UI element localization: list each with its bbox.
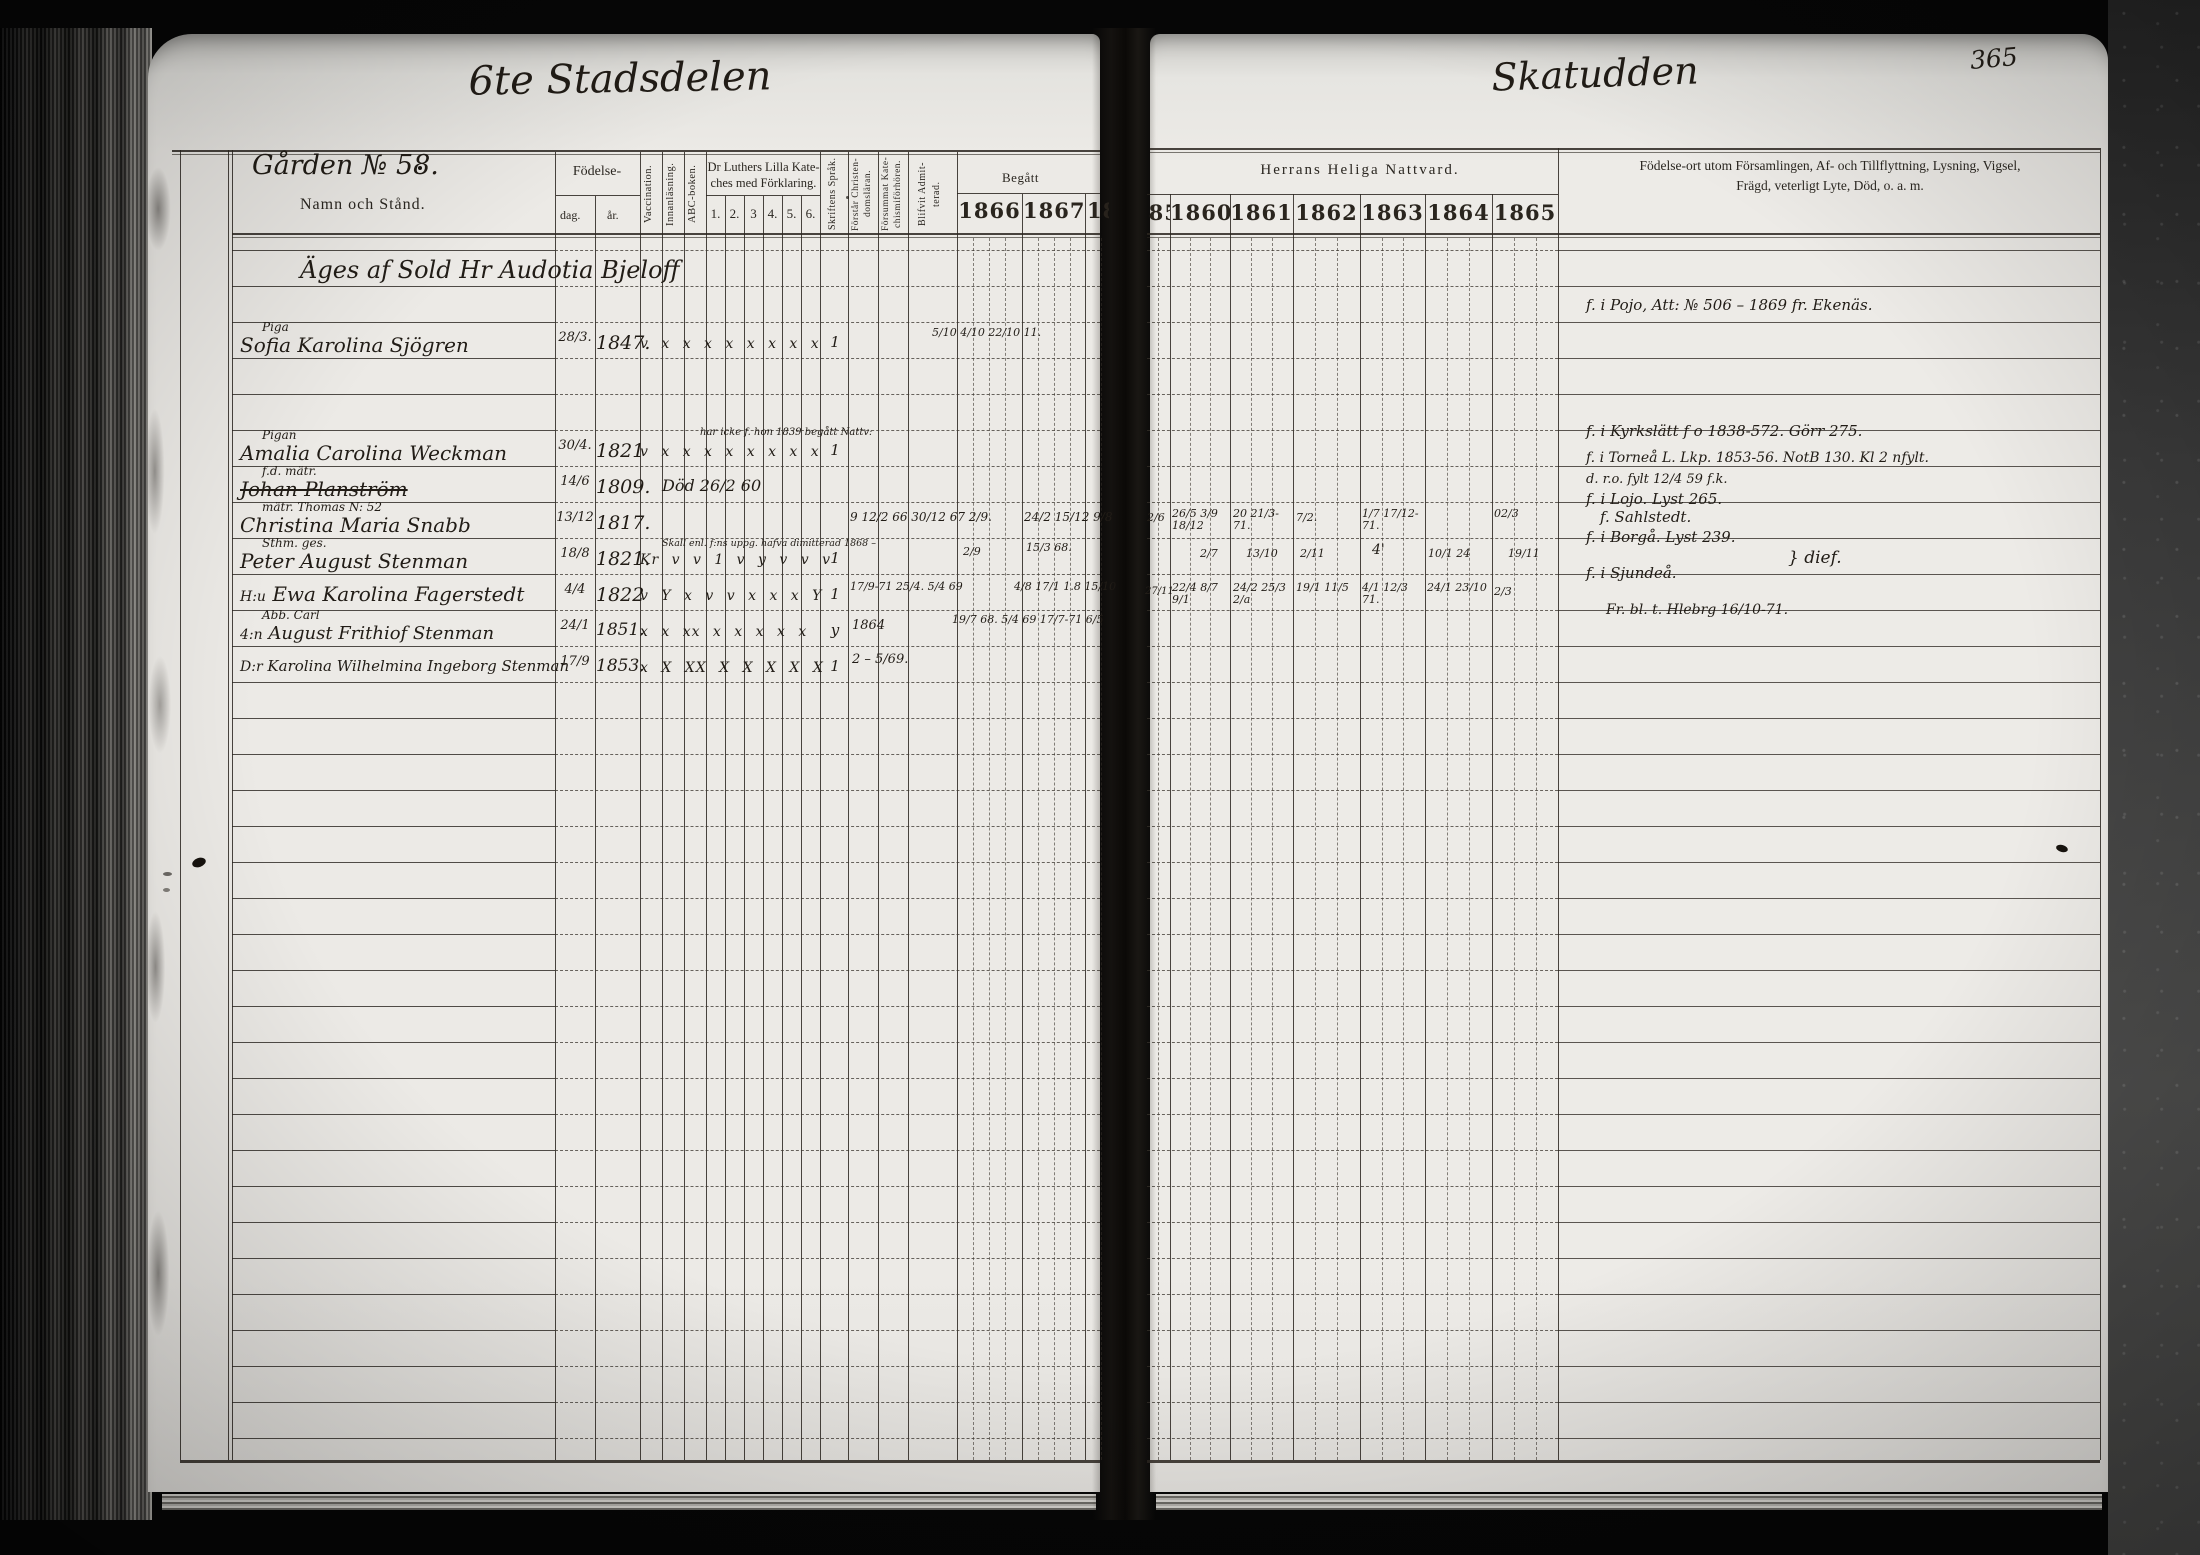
communion-cell: 2/7 bbox=[1200, 548, 1230, 560]
rule-line-h bbox=[1558, 1438, 2100, 1439]
ink-dot bbox=[846, 196, 849, 199]
remark-brace-note: } dief. bbox=[1788, 548, 1842, 568]
rule-line-h bbox=[1558, 322, 2100, 323]
death-note: Död 26/2 60 bbox=[662, 476, 761, 495]
rule-line-h bbox=[1558, 1186, 2100, 1187]
attendance-marks: v Y x v v x x x Y bbox=[640, 588, 825, 604]
rule-line-h-dashed bbox=[1147, 934, 1558, 935]
rule-line-h-dashed bbox=[1147, 1294, 1558, 1295]
register-entry: Abb. Carl 4:n August Frithiof Stenman bbox=[240, 609, 570, 647]
book-spine-page-stack bbox=[0, 28, 152, 1520]
rule-line-h bbox=[232, 1330, 555, 1331]
rule-line-h bbox=[232, 1006, 555, 1007]
rule-line-h bbox=[232, 1078, 555, 1079]
rule-line-h bbox=[1558, 358, 2100, 359]
rule-line-h bbox=[1558, 1294, 2100, 1295]
rule-line-h-dashed bbox=[555, 286, 1100, 287]
communion-cell: 7/2. bbox=[1296, 512, 1358, 524]
rule-line-h-dashed bbox=[1147, 1330, 1558, 1331]
scripture-mark: 1 bbox=[824, 657, 846, 675]
rule-line-h-dashed bbox=[555, 1150, 1100, 1151]
page-number: 365 bbox=[1969, 42, 2019, 75]
rule-line-h-dashed bbox=[555, 1186, 1100, 1187]
catechism-col-6: 6. bbox=[801, 206, 820, 222]
rule-line-v-dashed bbox=[1403, 238, 1404, 1460]
communion-cell: 22/4 8/7 9/1 bbox=[1172, 582, 1229, 606]
entry-prefix: D:r bbox=[240, 659, 263, 675]
pencil-mark bbox=[163, 888, 170, 892]
rule-line-h-dashed bbox=[1147, 394, 1558, 395]
birth-year-value: 1817. bbox=[596, 512, 644, 534]
communion-dates-1866: 9 12/2 66 30/12 67 2/9. bbox=[850, 511, 1000, 523]
rule-line-h bbox=[232, 1258, 555, 1259]
year-header-1862: 1862 bbox=[1293, 200, 1360, 225]
rule-line-h bbox=[1558, 394, 2100, 395]
communion-cell: 2/3 bbox=[1494, 586, 1556, 598]
communion-cell: 4' bbox=[1372, 544, 1402, 556]
rule-line-h bbox=[232, 286, 555, 287]
rule-line-v bbox=[878, 152, 879, 1460]
rule-line-h-dashed bbox=[1147, 1186, 1558, 1187]
register-entry: f.d. mätr. Johan Planström bbox=[240, 465, 570, 501]
rule-line-h bbox=[1558, 466, 2100, 467]
rule-line-v-dashed bbox=[1190, 238, 1191, 1460]
rule-line-h bbox=[232, 237, 1100, 238]
rule-line-h-dashed bbox=[1147, 1078, 1558, 1079]
rule-line-v bbox=[801, 196, 802, 1460]
rule-line-v-dashed bbox=[973, 238, 974, 1460]
left-section-title: 6te Stadsdelen bbox=[420, 53, 821, 106]
rule-line-h bbox=[1558, 1078, 2100, 1079]
communion-dates-1866: 2/9 bbox=[963, 546, 999, 558]
pencil-mark bbox=[163, 872, 172, 876]
year-header-1860: 1860 bbox=[1170, 200, 1230, 225]
birth-year-value: 1851. bbox=[596, 620, 644, 640]
communion-cell: 02/3 bbox=[1494, 508, 1556, 520]
rule-line-h-dashed bbox=[555, 502, 1100, 503]
communion-cell: 4/1 12/3 71. bbox=[1362, 582, 1423, 606]
rule-line-h bbox=[232, 934, 555, 935]
rule-line-h bbox=[232, 718, 555, 719]
rule-line-v bbox=[1022, 194, 1023, 1460]
rule-line-h bbox=[232, 1042, 555, 1043]
begatt-label-clipped: Begått bbox=[1002, 170, 1048, 186]
rule-line-h bbox=[232, 1366, 555, 1367]
entry-name: Karolina Wilhelmina Ingeborg Stenman bbox=[267, 657, 569, 675]
rule-line-h-dashed bbox=[1147, 250, 1558, 251]
rule-line-h-dashed bbox=[555, 826, 1100, 827]
communion-cell: 1/7 17/12-71. bbox=[1362, 508, 1423, 532]
rule-line-h-dashed bbox=[1147, 322, 1558, 323]
scripture-language-column-header: Skriftens Språk. bbox=[827, 154, 838, 234]
rule-line-h bbox=[1558, 1222, 2100, 1223]
ink-dot bbox=[418, 166, 422, 170]
rule-line-h-dashed bbox=[1147, 502, 1558, 503]
missed-examination-header-line2: chismiförhören. bbox=[893, 154, 903, 234]
rule-line-h bbox=[232, 1294, 555, 1295]
rule-line-h-dashed bbox=[555, 466, 1100, 467]
rule-line-h-dashed bbox=[1147, 754, 1558, 755]
remark: f. Sahlstedt. bbox=[1600, 508, 1691, 526]
catechism-col-2: 2. bbox=[725, 206, 744, 222]
entry-name: Amalia Carolina Weckman bbox=[240, 442, 570, 465]
rule-line-h-dashed bbox=[555, 970, 1100, 971]
entry-prefix: 4:n bbox=[240, 627, 263, 643]
rule-line-v bbox=[180, 150, 181, 1460]
garden-number: Gården № 58. bbox=[252, 150, 439, 181]
rule-line-h bbox=[232, 1186, 555, 1187]
rule-line-h bbox=[1558, 898, 2100, 899]
rule-line-v-dashed bbox=[989, 238, 990, 1460]
communion-header: Herrans Heliga Nattvard. bbox=[1180, 162, 1540, 179]
communion-dates-1867: 19/7 68. 5/4 69 17/7-71 6/5 bbox=[952, 614, 1110, 626]
rule-line-h-dashed bbox=[1147, 1438, 1558, 1439]
rule-line-v bbox=[228, 150, 229, 1460]
rule-line-h-dashed bbox=[555, 1114, 1100, 1115]
register-entry: H:u Ewa Karolina Fagerstedt bbox=[240, 583, 570, 609]
rule-line-h bbox=[1558, 1006, 2100, 1007]
rule-line-h-dashed bbox=[555, 1330, 1100, 1331]
understands-doctrine-header-line1: Förstår Christen- bbox=[851, 154, 861, 234]
birth-year-subheader: år. bbox=[607, 208, 619, 223]
rule-line-h-dashed bbox=[555, 1222, 1100, 1223]
birth-day-value: 4/4 bbox=[556, 582, 594, 597]
rule-line-h bbox=[232, 682, 555, 683]
rule-line-h-dashed bbox=[555, 394, 1100, 395]
rule-line-h bbox=[1147, 233, 2100, 235]
rule-line-h bbox=[232, 754, 555, 755]
birth-year-value: 1853. bbox=[596, 656, 644, 676]
rule-line-h-dashed bbox=[1147, 286, 1558, 287]
rule-line-h-dashed bbox=[1147, 358, 1558, 359]
rule-line-h-dashed bbox=[555, 934, 1100, 935]
rule-line-h bbox=[232, 1222, 555, 1223]
rule-line-h-dashed bbox=[555, 1006, 1100, 1007]
communion-cell: 24/2 25/3 2/a bbox=[1233, 582, 1292, 606]
rule-line-h-dashed bbox=[555, 322, 1100, 323]
photo-background bbox=[2108, 0, 2200, 1555]
rule-line-h bbox=[232, 358, 555, 359]
rule-line-v bbox=[1360, 194, 1361, 1460]
rule-line-h bbox=[232, 1114, 555, 1115]
remarks-header-line2: Frägd, veterligt Lyte, Död, o. a. m. bbox=[1572, 178, 2088, 194]
rule-line-h bbox=[556, 195, 640, 196]
rule-line-h-dashed bbox=[1147, 1114, 1558, 1115]
rule-line-v bbox=[232, 150, 233, 1460]
rule-line-v-dashed bbox=[1315, 238, 1316, 1460]
rule-line-v-dashed bbox=[1469, 238, 1470, 1460]
rule-line-h bbox=[1558, 718, 2100, 719]
birth-year-value: 1822 bbox=[596, 584, 644, 606]
rule-line-h-dashed bbox=[555, 250, 1100, 251]
entry-name: Ewa Karolina Fagerstedt bbox=[272, 582, 524, 606]
catechism-col-5: 5. bbox=[782, 206, 801, 222]
catechism-col-4: 4. bbox=[763, 206, 782, 222]
rule-line-h-dashed bbox=[1147, 610, 1558, 611]
entry-margin-note: Skall enl. f:ns uppg. hafva dimitterad 1… bbox=[662, 538, 876, 549]
rule-line-v bbox=[2100, 148, 2101, 1460]
rule-line-h-dashed bbox=[555, 574, 1100, 575]
remark: Fr. bl. t. Hlebrg 16/10-71. bbox=[1606, 602, 1788, 618]
attendance-marks: x X XX X X X X X bbox=[640, 660, 825, 676]
year-header-1859-clipped: 1859 bbox=[1147, 200, 1170, 225]
rule-line-v bbox=[1085, 194, 1086, 1460]
communion-dates-1867: 15/3 68. bbox=[1026, 542, 1096, 554]
rule-line-h bbox=[1558, 862, 2100, 863]
communion-cell: 27/11 bbox=[1145, 586, 1171, 598]
rule-line-h-dashed bbox=[1147, 862, 1558, 863]
year-header-1861: 1861 bbox=[1230, 200, 1293, 225]
birth-day-value: 28/3. bbox=[556, 330, 594, 345]
rule-line-v bbox=[1293, 194, 1294, 1460]
rule-line-h bbox=[1558, 1114, 2100, 1115]
rule-line-h-dashed bbox=[1147, 574, 1558, 575]
rule-line-h-dashed bbox=[1147, 826, 1558, 827]
rule-line-h-dashed bbox=[555, 610, 1100, 611]
rule-line-v-dashed bbox=[1536, 238, 1537, 1460]
rule-line-h-dashed bbox=[1147, 970, 1558, 971]
owner-line: Äges af Sold Hr Audotia Bjeloff bbox=[300, 256, 680, 284]
rule-line-h bbox=[1147, 194, 1558, 195]
communion-dates-1866: 17/9-71 25/4. 5/4 69 bbox=[850, 581, 1012, 593]
rule-line-h-dashed bbox=[555, 754, 1100, 755]
page-edge-smudge bbox=[148, 34, 182, 1492]
rule-line-h-dashed bbox=[1147, 430, 1558, 431]
rule-line-v-dashed bbox=[1101, 238, 1102, 1460]
rule-line-h bbox=[1558, 1258, 2100, 1259]
rule-line-v-dashed bbox=[1070, 238, 1071, 1460]
rule-line-h-dashed bbox=[1147, 1402, 1558, 1403]
rule-line-v bbox=[848, 152, 849, 1460]
attendance-marks: Kr v v 1 v y v v v bbox=[640, 552, 825, 568]
entry-name: Sofia Karolina Sjögren bbox=[240, 334, 570, 357]
remark: f. i Kyrkslätt f o 1838-572. Görr 275. bbox=[1586, 422, 1862, 440]
entry-prefix: H:u bbox=[240, 589, 266, 605]
rule-line-v-dashed bbox=[1210, 238, 1211, 1460]
rule-line-h bbox=[232, 862, 555, 863]
rule-line-h bbox=[232, 1438, 555, 1439]
catechism-header-line1: Dr Luthers Lilla Kate- bbox=[707, 160, 820, 175]
birth-column-header: Födelse- bbox=[556, 164, 638, 180]
register-entry: D:r Karolina Wilhelmina Ingeborg Stenman bbox=[240, 655, 570, 679]
admitted-dates: 5/10 4/10 22/10 11. bbox=[932, 327, 1092, 339]
rule-line-h-dashed bbox=[1147, 466, 1558, 467]
rule-line-v bbox=[957, 152, 958, 1460]
scanned-parish-register: 6te Stadsdelen Gården № 58. Namn och Stå… bbox=[0, 0, 2200, 1555]
rule-line-h bbox=[1558, 1150, 2100, 1151]
admitted-header-line1: Blifvit Admit- bbox=[917, 154, 928, 234]
register-entry: Sthm. ges. Peter August Stenman bbox=[240, 537, 570, 573]
year-header-1863: 1863 bbox=[1360, 200, 1425, 225]
catechism-col-3: 3 bbox=[744, 206, 763, 222]
year-header-1868-clipped: 1868 bbox=[1087, 198, 1109, 223]
rule-line-h bbox=[1558, 1402, 2100, 1403]
rule-line-h bbox=[1558, 826, 2100, 827]
rule-line-h bbox=[1558, 250, 2100, 251]
rule-line-h-dashed bbox=[1147, 1258, 1558, 1259]
communion-cell: 20 21/3-71. bbox=[1233, 508, 1292, 532]
rule-line-h bbox=[1150, 148, 2100, 150]
abc-book-column-header: ABC-boken. bbox=[687, 156, 698, 232]
rule-line-h-dashed bbox=[555, 646, 1100, 647]
communion-cell: 10/1 24 bbox=[1428, 548, 1488, 560]
vaccination-column-header: Vaccination. bbox=[643, 156, 654, 232]
communion-dates-1867: 4/8 17/1 1.8 15/10 bbox=[1014, 581, 1110, 593]
rule-line-v bbox=[1558, 148, 1559, 1460]
understands-doctrine-header-line2: domsläran. bbox=[863, 154, 873, 234]
rule-line-h bbox=[232, 898, 555, 899]
scripture-mark: 1 bbox=[824, 549, 846, 567]
communion-cell: 24/1 23/10 bbox=[1427, 582, 1490, 594]
scripture-mark: 1 bbox=[824, 333, 846, 351]
rule-line-h bbox=[957, 193, 1100, 194]
rule-line-h bbox=[1558, 790, 2100, 791]
remark: f. i Pojo, Att: № 506 – 1869 fr. Ekenäs. bbox=[1586, 296, 1872, 314]
rule-line-h bbox=[1558, 970, 2100, 971]
remarks-header-line1: Födelse-ort utom Församlingen, Af- och T… bbox=[1572, 158, 2088, 174]
rule-line-h-dashed bbox=[1147, 538, 1558, 539]
communion-cell: 2/11 bbox=[1300, 548, 1340, 560]
rule-line-h-dashed bbox=[1147, 682, 1558, 683]
rule-line-h-dashed bbox=[555, 790, 1100, 791]
rule-line-h-dashed bbox=[555, 1258, 1100, 1259]
rule-line-v bbox=[1230, 194, 1231, 1460]
rule-line-v bbox=[908, 152, 909, 1460]
catechism-header-line2: ches med Förklaring. bbox=[707, 176, 820, 191]
communion-cell: 2/6 bbox=[1147, 512, 1169, 524]
remark: f. i Borgå. Lyst 239. bbox=[1586, 528, 1736, 546]
birth-day-value: 14/6 bbox=[556, 474, 594, 489]
scripture-mark: y bbox=[824, 621, 846, 639]
rule-line-v-dashed bbox=[1251, 238, 1252, 1460]
rule-line-h bbox=[1558, 682, 2100, 683]
year-1859: 1859 bbox=[1147, 200, 1170, 225]
entry-name: Christina Maria Snabb bbox=[240, 514, 570, 537]
birth-year-value: 1821. bbox=[596, 548, 644, 570]
rule-line-h bbox=[1558, 1042, 2100, 1043]
rule-line-h bbox=[232, 1150, 555, 1151]
birth-day-value: 17/9 bbox=[556, 654, 594, 669]
rule-line-v bbox=[782, 196, 783, 1460]
rule-line-h-dashed bbox=[1147, 790, 1558, 791]
rule-line-h-dashed bbox=[555, 1402, 1100, 1403]
rule-line-h bbox=[232, 233, 1100, 235]
communion-cell: 13/10 bbox=[1246, 548, 1286, 560]
rule-line-h bbox=[1558, 934, 2100, 935]
rule-line-v bbox=[1425, 194, 1426, 1460]
remark: d. r.o. fylt 12/4 59 f.k. bbox=[1586, 472, 1728, 487]
rule-line-v bbox=[725, 196, 726, 1460]
birth-day-value: 24/1 bbox=[556, 618, 594, 633]
rule-line-v-dashed bbox=[1005, 238, 1006, 1460]
rule-line-h-dashed bbox=[555, 682, 1100, 683]
missed-examination-header-line1: Försummat Kate- bbox=[881, 154, 891, 234]
rule-line-h bbox=[232, 826, 555, 827]
rule-line-h bbox=[1147, 1460, 2100, 1463]
rule-line-h bbox=[1558, 1366, 2100, 1367]
rule-line-h bbox=[232, 1402, 555, 1403]
remark: f. i Sjundeå. bbox=[1586, 564, 1677, 582]
rule-line-h-dashed bbox=[555, 862, 1100, 863]
birth-day-value: 18/8 bbox=[556, 546, 594, 561]
catechism-col-1: 1. bbox=[706, 206, 725, 222]
rule-line-h-dashed bbox=[1147, 718, 1558, 719]
rule-line-h-dashed bbox=[1147, 898, 1558, 899]
rule-line-h-dashed bbox=[1147, 1006, 1558, 1007]
rule-line-v bbox=[744, 196, 745, 1460]
rule-line-h bbox=[232, 394, 555, 395]
reading-column-header: Innanläsning. bbox=[665, 156, 676, 232]
rule-line-v-dashed bbox=[1038, 238, 1039, 1460]
rule-line-h bbox=[1150, 152, 2100, 153]
attendance-marks: v x x x x x x x x bbox=[640, 336, 825, 352]
rule-line-h-dashed bbox=[555, 1078, 1100, 1079]
rule-line-v-dashed bbox=[1514, 238, 1515, 1460]
register-entry: mätr. Thomas N: 52 Christina Maria Snabb bbox=[240, 501, 570, 537]
communion-dates-1867: 24/2 15/12 9/8 bbox=[1024, 511, 1108, 523]
rule-line-h bbox=[1558, 754, 2100, 755]
rule-line-h-dashed bbox=[555, 1042, 1100, 1043]
year-header-1865: 1865 bbox=[1492, 200, 1558, 225]
year-header-1867: 1867 bbox=[1023, 198, 1084, 223]
year-header-1864: 1864 bbox=[1425, 200, 1492, 225]
rule-line-h-dashed bbox=[1147, 646, 1558, 647]
register-entry: Pigan Amalia Carolina Weckman bbox=[240, 429, 570, 465]
rule-line-h-dashed bbox=[555, 358, 1100, 359]
rule-line-v-dashed bbox=[1272, 238, 1273, 1460]
rule-line-h-dashed bbox=[555, 1438, 1100, 1439]
register-entry: Piga Sofia Karolina Sjögren bbox=[240, 321, 570, 357]
rule-line-h bbox=[1558, 286, 2100, 287]
rule-line-h-dashed bbox=[1147, 1042, 1558, 1043]
birth-day-value: 30/4. bbox=[556, 438, 594, 453]
page-bottom-stack bbox=[162, 1494, 1096, 1510]
birth-day-subheader: dag. bbox=[560, 208, 580, 223]
birth-year-value: 1821 bbox=[596, 440, 644, 462]
rule-line-h bbox=[232, 790, 555, 791]
remark: f. i Lojo. Lyst 265. bbox=[1586, 490, 1722, 508]
attendance-marks: v x x x x x x x x bbox=[640, 444, 825, 460]
admitted-header-line2: terad. bbox=[931, 154, 942, 234]
rule-line-v-dashed bbox=[1447, 238, 1448, 1460]
rule-line-h-dashed bbox=[555, 1294, 1100, 1295]
rule-line-h bbox=[1147, 237, 2100, 238]
attendance-marks: x x xx x x x x x bbox=[640, 624, 825, 640]
communion-cell: 19/11 bbox=[1508, 548, 1552, 560]
entry-margin-note: har icke f. hon 1839 begått Nattv: bbox=[700, 427, 872, 438]
rule-line-h bbox=[1558, 1330, 2100, 1331]
rule-line-h-dashed bbox=[1147, 1366, 1558, 1367]
rule-line-h-dashed bbox=[555, 718, 1100, 719]
entry-name: Peter August Stenman bbox=[240, 550, 570, 573]
rule-line-h-dashed bbox=[1147, 1150, 1558, 1151]
rule-line-h bbox=[232, 574, 555, 575]
rule-line-h bbox=[232, 250, 555, 251]
rule-line-v-dashed bbox=[1054, 238, 1055, 1460]
page-bottom-stack bbox=[1156, 1494, 2102, 1510]
rule-line-h-dashed bbox=[1147, 1222, 1558, 1223]
entry-name: August Frithiof Stenman bbox=[268, 623, 494, 644]
entry-title: Abb. Carl bbox=[262, 609, 570, 622]
rule-line-v-dashed bbox=[1382, 238, 1383, 1460]
scripture-mark: 1 bbox=[824, 441, 846, 459]
rule-line-h bbox=[180, 1460, 1100, 1463]
birth-year-value: 1847. bbox=[596, 332, 644, 354]
communion-dates-1866: 2 – 5/69. bbox=[852, 654, 942, 666]
rule-line-h-dashed bbox=[555, 898, 1100, 899]
year-header-1866: 1866 bbox=[958, 198, 1021, 223]
rule-line-v bbox=[1492, 194, 1493, 1460]
